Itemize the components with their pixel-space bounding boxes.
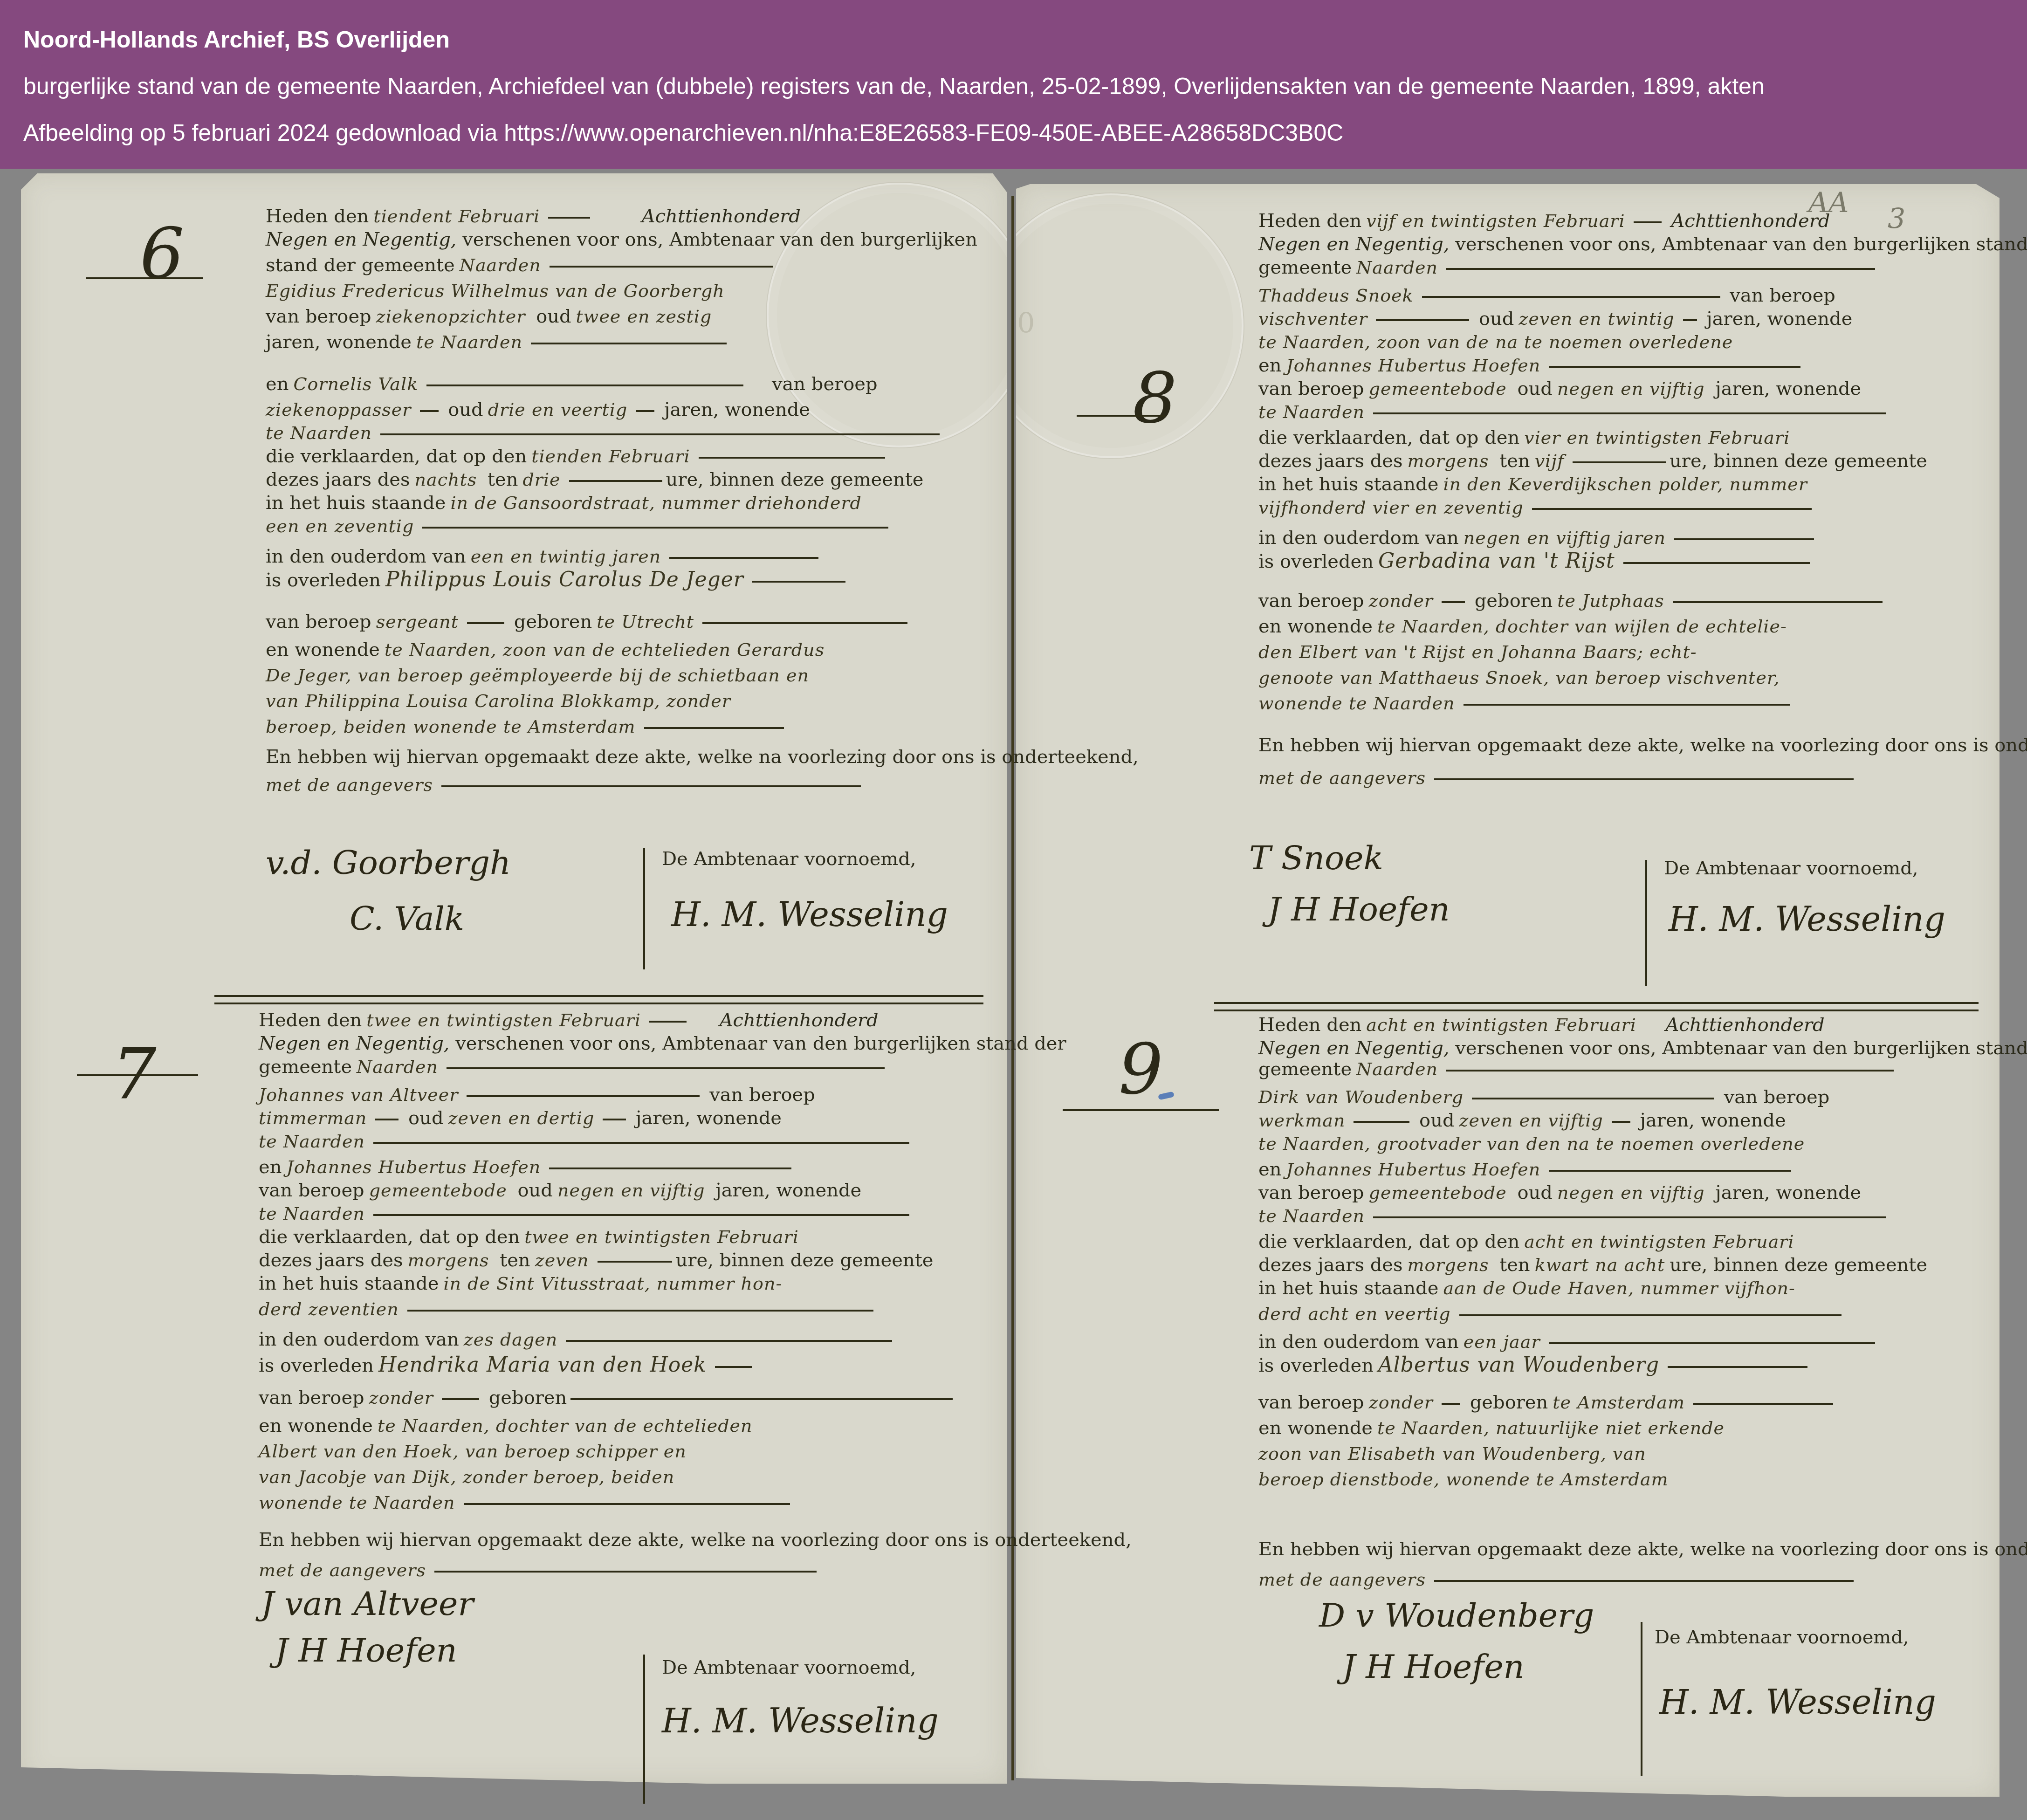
entry-separator bbox=[1214, 1002, 1979, 1011]
informant1-residence: te Naarden bbox=[416, 332, 522, 352]
official-caption: De Ambtenaar voornoemd, bbox=[662, 1657, 916, 1678]
time-of-day: morgens bbox=[1408, 1255, 1489, 1275]
archive-title: Noord-Hollands Archief, BS Overlijden bbox=[23, 26, 450, 54]
informant2-residence: te Naarden bbox=[1258, 1206, 1365, 1226]
entry-separator bbox=[214, 995, 983, 1004]
official-signature: H. M. Wesseling bbox=[1659, 1683, 1936, 1722]
informant2-age: negen en vijftig bbox=[1557, 1182, 1705, 1203]
record-date: acht en twintigsten Februari bbox=[1366, 1015, 1636, 1035]
informant1-occupation: ziekenopzichter bbox=[376, 306, 526, 327]
deceased-occupation: zonder bbox=[1369, 1392, 1433, 1413]
closing-statement: En hebben wij hiervan opgemaakt deze akt… bbox=[1258, 1538, 2027, 1560]
witness-signature-1: v.d. Goorbergh bbox=[266, 844, 511, 882]
closing-note: met de aangevers bbox=[266, 775, 433, 795]
informant2-residence: te Naarden bbox=[259, 1203, 365, 1224]
parents-line: te Naarden, dochter van de echtelieden bbox=[378, 1415, 753, 1436]
record-date: tiendent Februari bbox=[373, 206, 540, 227]
informant2-name: Johannes Hubertus Hoefen bbox=[286, 1157, 541, 1177]
closing-note: met de aangevers bbox=[1258, 768, 1426, 788]
time-of-day: morgens bbox=[1408, 451, 1489, 471]
closing-statement: En hebben wij hiervan opgemaakt deze akt… bbox=[259, 1529, 1132, 1551]
witness-signature-2: C. Valk bbox=[350, 900, 464, 938]
house-address: in den Keverdijkschen polder, nummer bbox=[1443, 474, 1807, 494]
deceased-age: een jaar bbox=[1464, 1332, 1540, 1352]
death-date: tienden Februari bbox=[531, 446, 690, 467]
deceased-occupation: zonder bbox=[1369, 591, 1433, 611]
birthplace: te Utrecht bbox=[597, 611, 694, 632]
closing-statement: En hebben wij hiervan opgemaakt deze akt… bbox=[266, 746, 1139, 768]
informant1-residence: te Naarden, grootvader van den na te noe… bbox=[1258, 1133, 1805, 1154]
record-date: vijf en twintigsten Februari bbox=[1366, 211, 1625, 231]
official-signature: H. M. Wesseling bbox=[1669, 900, 1945, 939]
witness-signature-2: J H Hoefen bbox=[1268, 890, 1450, 928]
download-source: Afbeelding op 5 februari 2024 gedownload… bbox=[23, 119, 1343, 147]
deceased-name: Hendrika Maria van den Hoek bbox=[378, 1353, 707, 1377]
informant1-name: Egidius Fredericus Wilhelmus van de Goor… bbox=[266, 281, 725, 301]
witness-signature-2: J H Hoefen bbox=[1342, 1648, 1525, 1686]
informant2-age: negen en vijftig bbox=[1557, 378, 1705, 399]
deceased-age: zes dagen bbox=[464, 1329, 557, 1350]
record-number-rule bbox=[86, 277, 203, 279]
deceased-age: negen en vijftig jaren bbox=[1464, 528, 1666, 548]
municipality: Naarden bbox=[1356, 1059, 1438, 1079]
death-hour: drie bbox=[522, 469, 560, 490]
deceased-age: een en twintig jaren bbox=[471, 546, 661, 567]
informant2-name: Cornelis Valk bbox=[293, 374, 418, 394]
witness-signature-2: J H Hoefen bbox=[275, 1631, 457, 1669]
embossed-seal-icon: 50 bbox=[979, 193, 1244, 458]
official-caption: De Ambtenaar voornoemd, bbox=[1655, 1627, 1909, 1648]
death-date: acht en twintigsten Februari bbox=[1524, 1231, 1794, 1252]
informant2-occupation: gemeentebode bbox=[1369, 378, 1507, 399]
house-address: aan de Oude Haven, nummer vijfhon- bbox=[1443, 1278, 1795, 1298]
closing-note: met de aangevers bbox=[259, 1560, 426, 1580]
record-number: 8 bbox=[1133, 364, 1177, 433]
deceased-name: Gerbadina van 't Rijst bbox=[1378, 549, 1615, 573]
witness-signature-1: T Snoek bbox=[1249, 839, 1383, 877]
parents-line: te Naarden, natuurlijke niet erkende bbox=[1377, 1418, 1725, 1438]
signature-bracket bbox=[1645, 860, 1647, 986]
parents-line: te Naarden, dochter van wijlen de echtel… bbox=[1377, 616, 1787, 637]
informant1-age: zeven en dertig bbox=[448, 1108, 594, 1128]
municipality: Naarden bbox=[460, 255, 541, 275]
informant1-occupation: werkman bbox=[1258, 1110, 1345, 1131]
informant1-name: Thaddeus Snoek bbox=[1258, 285, 1414, 306]
informant1-name: Dirk van Woudenberg bbox=[1258, 1087, 1464, 1107]
house-address: in de Sint Vitusstraat, nummer hon- bbox=[443, 1273, 782, 1294]
informant2-age: drie en veertig bbox=[488, 399, 628, 420]
archive-caption-banner: Noord-Hollands Archief, BS Overlijden bu… bbox=[0, 0, 2027, 169]
informant2-age: negen en vijftig bbox=[557, 1180, 705, 1201]
informant1-age: twee en zestig bbox=[576, 306, 712, 327]
official-signature: H. M. Wesseling bbox=[671, 895, 948, 934]
informant1-occupation: vischventer bbox=[1258, 309, 1367, 329]
death-hour: vijf bbox=[1535, 451, 1564, 471]
signature-bracket bbox=[643, 848, 645, 969]
death-date: vier en twintigsten Februari bbox=[1524, 427, 1790, 448]
record-number-rule bbox=[1077, 415, 1165, 417]
deceased-name: Albertus van Woudenberg bbox=[1378, 1353, 1659, 1377]
signature-bracket bbox=[1641, 1622, 1642, 1776]
witness-signature-1: J van Altveer bbox=[261, 1585, 474, 1623]
record-number: 9 bbox=[1119, 1035, 1163, 1105]
informant2-residence: te Naarden bbox=[1258, 402, 1365, 422]
informant1-age: zeven en vijftig bbox=[1459, 1110, 1603, 1131]
municipality: Naarden bbox=[1356, 257, 1438, 278]
official-caption: De Ambtenaar voornoemd, bbox=[1664, 858, 1918, 879]
record-date: twee en twintigsten Februari bbox=[366, 1010, 641, 1030]
deceased-name: Philippus Louis Carolus De Jeger bbox=[385, 568, 744, 591]
informant2-occupation: gemeentebode bbox=[369, 1180, 507, 1201]
informant1-residence: te Naarden bbox=[259, 1131, 365, 1152]
informant1-occupation: timmerman bbox=[259, 1108, 367, 1128]
informant2-name: Johannes Hubertus Hoefen bbox=[1286, 1159, 1540, 1180]
house-address: in de Gansoordstraat, nummer driehonderd bbox=[450, 493, 862, 513]
informant1-age: zeven en twintig bbox=[1519, 309, 1674, 329]
signature-bracket bbox=[643, 1655, 645, 1804]
birthplace: te Amsterdam bbox=[1553, 1392, 1685, 1413]
record-number-rule bbox=[77, 1074, 198, 1076]
informant2-occupation: ziekenoppasser bbox=[266, 399, 412, 420]
deceased-occupation: zonder bbox=[369, 1387, 433, 1408]
time-of-day: nachts bbox=[415, 469, 477, 490]
informant2-name: Johannes Hubertus Hoefen bbox=[1286, 355, 1540, 376]
municipality: Naarden bbox=[357, 1057, 438, 1077]
informant1-residence: te Naarden, zoon van de na te noemen ove… bbox=[1258, 332, 1733, 352]
official-signature: H. M. Wesseling bbox=[662, 1701, 939, 1740]
record-description: burgerlijke stand van de gemeente Naarde… bbox=[23, 72, 1765, 100]
witness-signature-1: D v Woudenberg bbox=[1319, 1596, 1594, 1635]
closing-statement: En hebben wij hiervan opgemaakt deze akt… bbox=[1258, 734, 2027, 756]
line-heden: Heden dentiendent Februari Achttienhonde… bbox=[266, 205, 801, 227]
birthplace: te Jutphaas bbox=[1557, 591, 1664, 611]
folio-number: 3 bbox=[1888, 203, 1905, 235]
informant1-name: Johannes van Altveer bbox=[259, 1085, 458, 1105]
death-hour: kwart na acht bbox=[1535, 1255, 1665, 1275]
informant2-occupation: gemeentebode bbox=[1369, 1182, 1507, 1203]
time-of-day: morgens bbox=[408, 1250, 489, 1271]
parents-line: te Naarden, zoon van de echtelieden Gera… bbox=[385, 639, 825, 660]
closing-note: met de aangevers bbox=[1258, 1569, 1426, 1590]
official-caption: De Ambtenaar voornoemd, bbox=[662, 848, 916, 870]
informant2-residence: te Naarden bbox=[266, 423, 372, 443]
death-date: twee en twintigsten Februari bbox=[524, 1227, 799, 1247]
record-number-rule bbox=[1063, 1109, 1219, 1111]
death-hour: zeven bbox=[535, 1250, 589, 1271]
deceased-occupation: sergeant bbox=[376, 611, 459, 632]
